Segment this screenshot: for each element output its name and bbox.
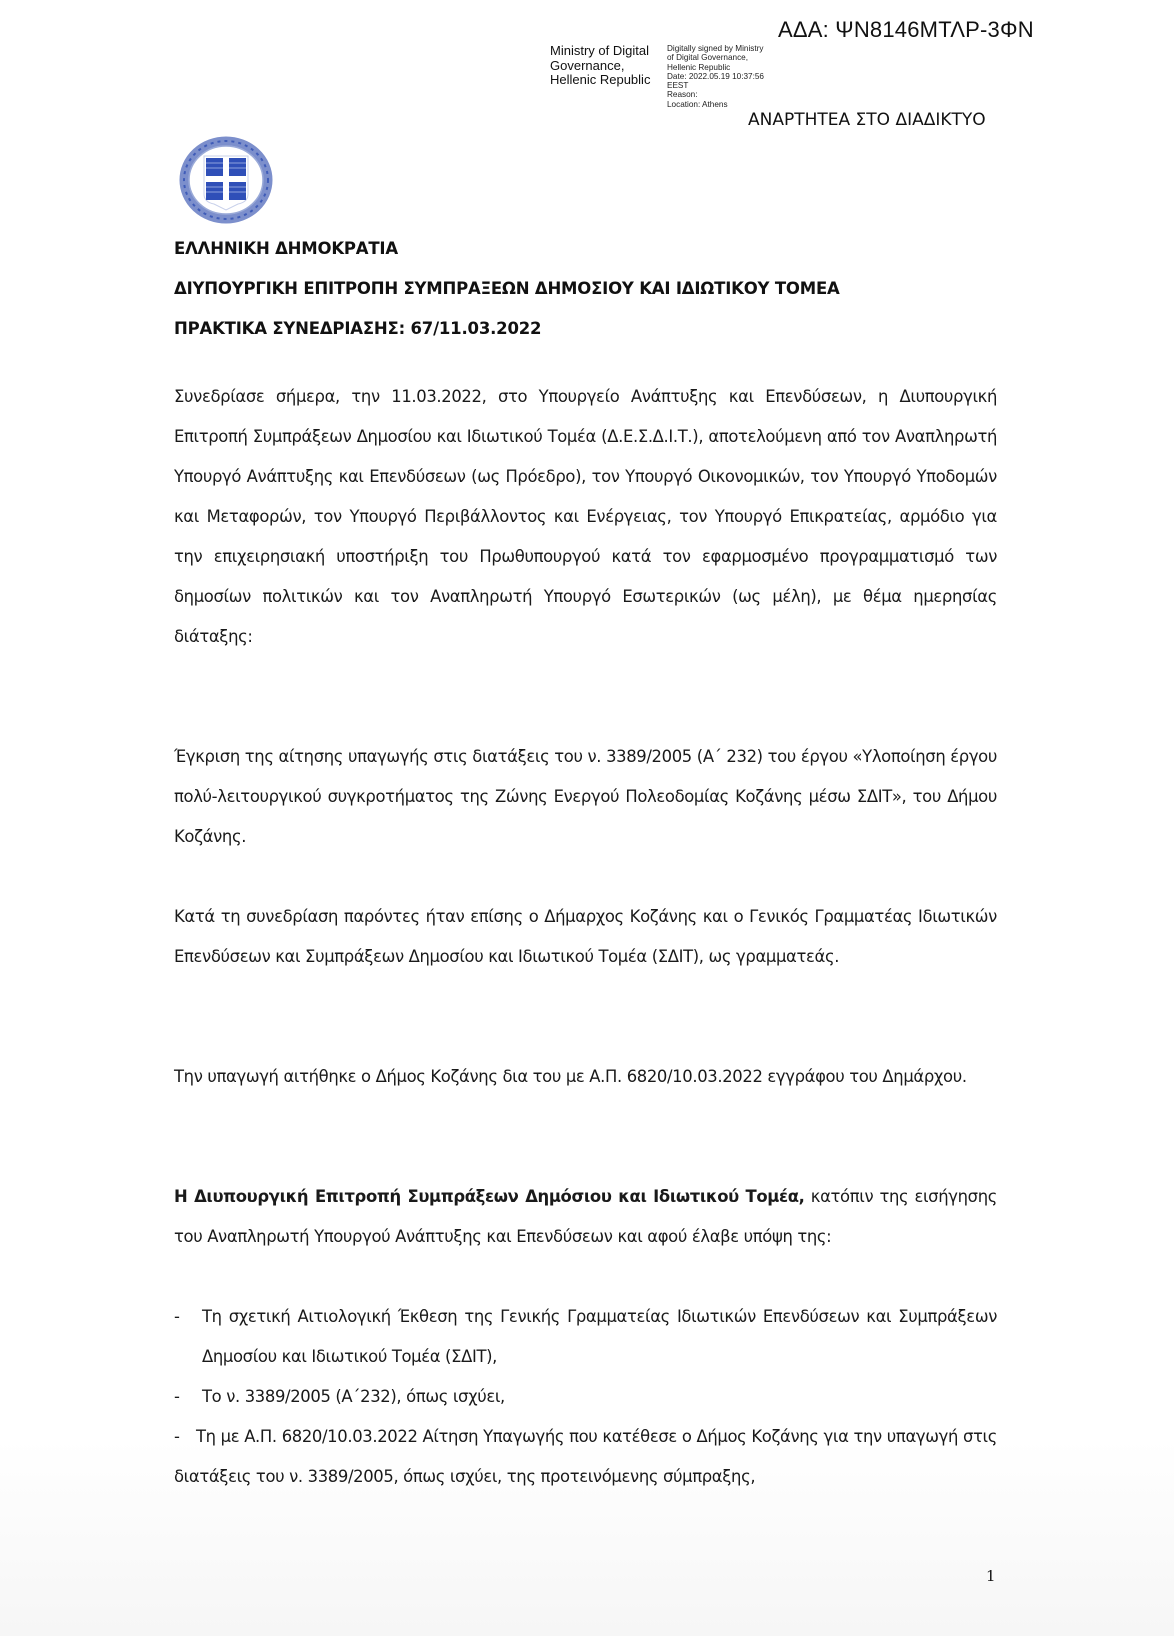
list-item-text: Τη με Α.Π. 6820/10.03.2022 Αίτηση Υπαγωγ… <box>174 1427 997 1486</box>
header-country: ΕΛΛΗΝΙΚΗ ΔΗΜΟΚΡΑΤΙΑ <box>174 239 398 258</box>
header-committee: ΔΙΥΠΟΥΡΓΙΚΗ ΕΠΙΤΡΟΠΗ ΣΥΜΠΡΑΞΕΩΝ ΔΗΜΟΣΙΟΥ… <box>174 279 840 298</box>
paragraph-attendees: Κατά τη συνεδρίαση παρόντες ήταν επίσης … <box>174 897 997 977</box>
page-number: 1 <box>986 1567 996 1585</box>
list-marker: - <box>174 1297 202 1337</box>
digital-signature-signer: Ministry of Digital Governance, Hellenic… <box>550 44 650 88</box>
list-item-text: Το ν. 3389/2005 (Α΄232), όπως ισχύει, <box>202 1387 505 1406</box>
list-item: -Το ν. 3389/2005 (Α΄232), όπως ισχύει, <box>174 1377 997 1417</box>
paragraph-request: Την υπαγωγή αιτήθηκε ο Δήμος Κοζάνης δια… <box>174 1057 997 1097</box>
document-id: ΑΔΑ: ΨΝ8146ΜΤΛΡ-3ΦΝ <box>778 17 1034 43</box>
list-item: -Τη με Α.Π. 6820/10.03.2022 Αίτηση Υπαγω… <box>174 1417 997 1497</box>
list-marker: - <box>174 1417 196 1457</box>
list-item-text: Τη σχετική Αιτιολογική Έκθεση της Γενική… <box>202 1307 997 1366</box>
header-minutes: ΠΡΑΚΤΙΚΑ ΣΥΝΕΔΡΙΑΣΗΣ: 67/11.03.2022 <box>174 319 541 338</box>
publish-notice: ΑΝΑΡΤΗΤΕΑ ΣΤΟ ΔΙΑΔΙΚΤΥΟ <box>748 110 986 130</box>
coat-of-arms-icon <box>178 136 274 224</box>
list-item: -Τη σχετική Αιτιολογική Έκθεση της Γενικ… <box>174 1297 997 1377</box>
digital-signature-details: Digitally signed by Ministry of Digital … <box>667 44 764 109</box>
paragraph-session: Συνεδρίασε σήμερα, την 11.03.2022, στο Υ… <box>174 377 997 657</box>
committee-name: Η Διυπουργική Επιτροπή Συμπράξεων Δημόσι… <box>174 1187 805 1206</box>
paragraph-decision: Η Διυπουργική Επιτροπή Συμπράξεων Δημόσι… <box>174 1177 997 1257</box>
paragraph-agenda: Έγκριση της αίτησης υπαγωγής στις διατάξ… <box>174 737 997 857</box>
list-marker: - <box>174 1377 202 1417</box>
